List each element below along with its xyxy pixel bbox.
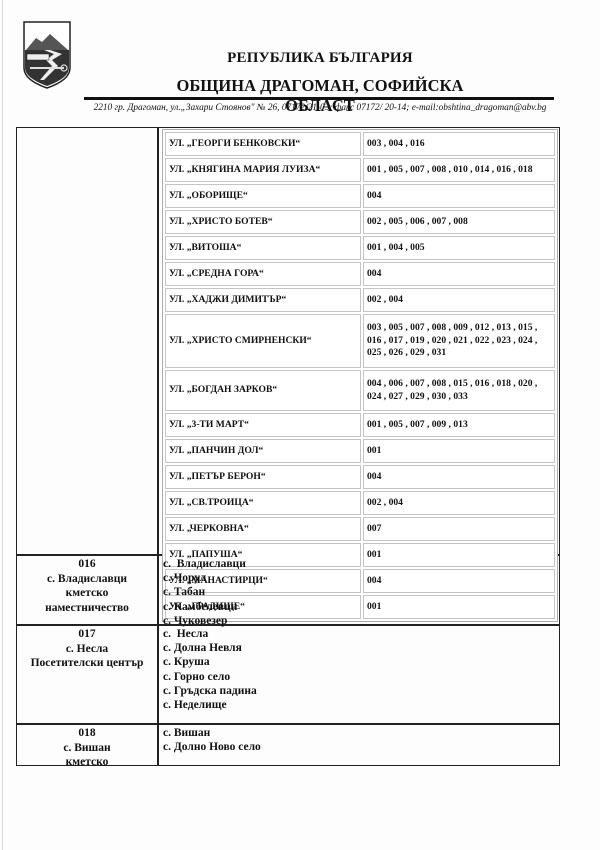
street-row: УЛ. „ЧЕРКОВНА“007 bbox=[165, 517, 555, 541]
country-title: РЕПУБЛИКА БЪЛГАРИЯ bbox=[190, 50, 450, 67]
street-name: УЛ. „ОБОРИЩЕ“ bbox=[165, 184, 361, 208]
contact-address: 2210 гр. Драгоман, ул.„Захари Стоянов" №… bbox=[60, 103, 580, 113]
section-place: с. Владиславци bbox=[16, 572, 158, 587]
section-018-villages: с. Вишан с. Долно Ново село bbox=[163, 726, 261, 754]
street-row: УЛ. „3-ТИ МАРТ“001 , 005 , 007 , 009 , 0… bbox=[165, 413, 555, 437]
street-name: УЛ. „ЧЕРКОВНА“ bbox=[165, 517, 361, 541]
street-name: УЛ. „3-ТИ МАРТ“ bbox=[165, 413, 361, 437]
street-name: УЛ. „СВ.ТРОИЦА“ bbox=[165, 491, 361, 515]
street-numbers: 004 bbox=[363, 465, 555, 489]
street-numbers: 001 , 005 , 007 , 008 , 010 , 014 , 016 … bbox=[363, 158, 555, 182]
street-numbers: 002 , 005 , 006 , 007 , 008 bbox=[363, 210, 555, 234]
village-item: с. Долно Ново село bbox=[163, 740, 261, 754]
street-name: УЛ. „ХАДЖИ ДИМИТЪР“ bbox=[165, 288, 361, 312]
village-item: с. Долна Невля bbox=[163, 641, 257, 655]
section-type: кметско bbox=[16, 755, 158, 770]
street-row: УЛ. „СВ.ТРОИЦА“002 , 004 bbox=[165, 491, 555, 515]
street-numbers: 002 , 004 bbox=[363, 288, 555, 312]
page-edge bbox=[2, 0, 3, 850]
street-row: УЛ. „КНЯГИНА МАРИЯ ЛУИЗА“001 , 005 , 007… bbox=[165, 158, 555, 182]
street-name: УЛ. „ВИТОША“ bbox=[165, 236, 361, 260]
section-018-info: 018 с. Вишан кметско bbox=[16, 726, 158, 770]
street-row: УЛ. „ПЕТЪР БЕРОН“004 bbox=[165, 465, 555, 489]
municipality-coat-of-arms-icon bbox=[22, 20, 72, 90]
village-item: с. Несла bbox=[163, 627, 257, 641]
street-numbers: 001 bbox=[363, 543, 555, 567]
street-row: УЛ. „ХРИСТО СМИРНЕНСКИ“003 , 005 , 007 ,… bbox=[165, 314, 555, 368]
street-numbers: 007 bbox=[363, 517, 555, 541]
section-code: 017 bbox=[16, 627, 158, 642]
street-name: УЛ. „ГЕОРГИ БЕНКОВСКИ“ bbox=[165, 132, 361, 156]
street-row: УЛ. „ГЕОРГИ БЕНКОВСКИ“003 , 004 , 016 bbox=[165, 132, 555, 156]
section-type: кметско bbox=[16, 586, 158, 601]
section-type: Посетителски център bbox=[16, 656, 158, 671]
village-item: с. Чуковезер bbox=[163, 614, 246, 628]
village-item: с. Камбелевци bbox=[163, 600, 246, 614]
section-type: наместничество bbox=[16, 601, 158, 616]
street-numbers: 001 , 005 , 007 , 009 , 013 bbox=[363, 413, 555, 437]
street-name: УЛ. „БОГДАН ЗАРКОВ“ bbox=[165, 370, 361, 411]
street-row: УЛ. „ОБОРИЩЕ“004 bbox=[165, 184, 555, 208]
village-item: с. Чорул bbox=[163, 571, 246, 585]
street-numbers: 002 , 004 bbox=[363, 491, 555, 515]
street-numbers: 004 bbox=[363, 262, 555, 286]
street-numbers: 003 , 004 , 016 bbox=[363, 132, 555, 156]
street-row: УЛ. „ХРИСТО БОТЕВ“002 , 005 , 006 , 007 … bbox=[165, 210, 555, 234]
street-name: УЛ. „ХРИСТО СМИРНЕНСКИ“ bbox=[165, 314, 361, 368]
section-code: 016 bbox=[16, 557, 158, 572]
street-numbers: 001 , 004 , 005 bbox=[363, 236, 555, 260]
street-name: УЛ. „КНЯГИНА МАРИЯ ЛУИЗА“ bbox=[165, 158, 361, 182]
streets-table: УЛ. „ГЕОРГИ БЕНКОВСКИ“003 , 004 , 016УЛ.… bbox=[162, 129, 558, 622]
street-name: УЛ. „ПАНЧИН ДОЛ“ bbox=[165, 439, 361, 463]
street-numbers: 001 bbox=[363, 439, 555, 463]
street-numbers: 004 bbox=[363, 184, 555, 208]
street-numbers: 004 , 006 , 007 , 008 , 015 , 016 , 018 … bbox=[363, 370, 555, 411]
village-item: с. Вишан bbox=[163, 726, 261, 740]
village-item: с. Табан bbox=[163, 585, 246, 599]
street-row: УЛ. „ПАНЧИН ДОЛ“001 bbox=[165, 439, 555, 463]
street-numbers: 003 , 005 , 007 , 008 , 009 , 012 , 013 … bbox=[363, 314, 555, 368]
section-016-info: 016 с. Владиславци кметско наместничеств… bbox=[16, 557, 158, 615]
header-rule bbox=[84, 97, 554, 100]
street-row: УЛ. „ХАДЖИ ДИМИТЪР“002 , 004 bbox=[165, 288, 555, 312]
street-numbers: 001 bbox=[363, 595, 555, 619]
street-name: УЛ. „СРЕДНА ГОРА“ bbox=[165, 262, 361, 286]
section-017-villages: с. Несла с. Долна Невля с. Круша с. Горн… bbox=[163, 627, 257, 712]
street-name: УЛ. „ПЕТЪР БЕРОН“ bbox=[165, 465, 361, 489]
row-divider bbox=[16, 723, 560, 725]
village-item: с. Гръдска падина bbox=[163, 684, 257, 698]
street-name: УЛ. „ХРИСТО БОТЕВ“ bbox=[165, 210, 361, 234]
section-code: 018 bbox=[16, 726, 158, 741]
street-row: УЛ. „СРЕДНА ГОРА“004 bbox=[165, 262, 555, 286]
street-row: УЛ. „ВИТОША“001 , 004 , 005 bbox=[165, 236, 555, 260]
section-place: с. Вишан bbox=[16, 741, 158, 756]
row-divider bbox=[16, 624, 560, 626]
street-row: УЛ. „БОГДАН ЗАРКОВ“004 , 006 , 007 , 008… bbox=[165, 370, 555, 411]
street-numbers: 004 bbox=[363, 569, 555, 593]
section-place: с. Несла bbox=[16, 642, 158, 657]
village-item: с. Горно село bbox=[163, 670, 257, 684]
section-016-villages: с. Владиславци с. Чорул с. Табан с. Камб… bbox=[163, 557, 246, 628]
section-017-info: 017 с. Несла Посетителски център bbox=[16, 627, 158, 671]
village-item: с. Круша bbox=[163, 655, 257, 669]
village-item: с. Владиславци bbox=[163, 557, 246, 571]
village-item: с. Неделище bbox=[163, 698, 257, 712]
